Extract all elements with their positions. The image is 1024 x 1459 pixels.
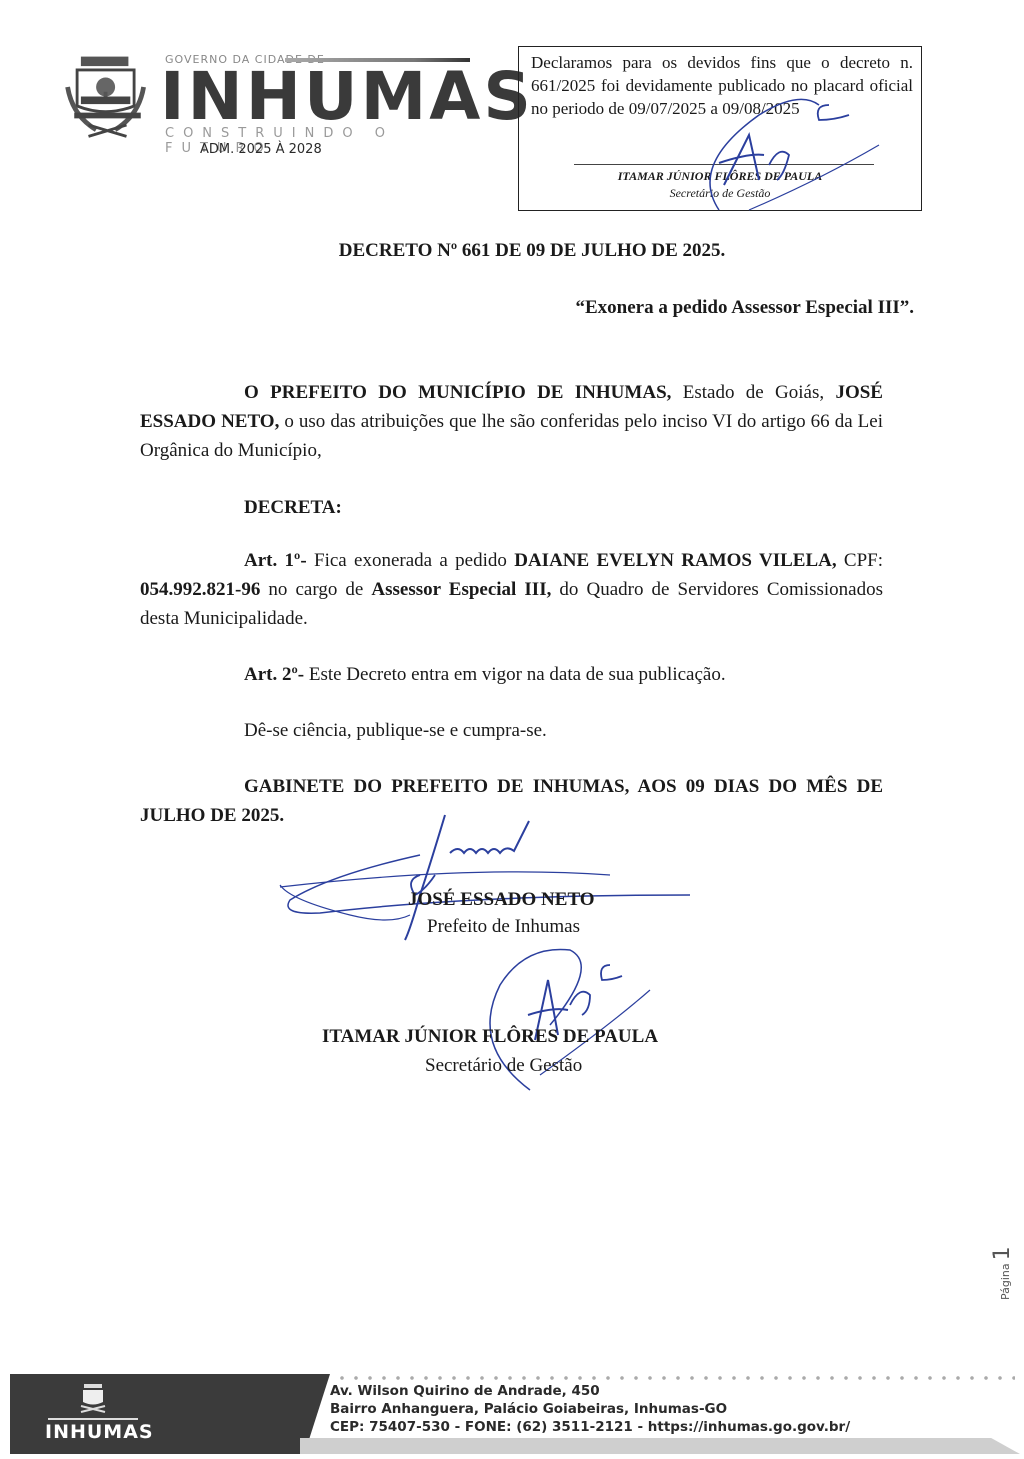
decree-title: DECRETO Nº 661 DE 09 DE JULHO DE 2025. [0, 240, 1024, 262]
secretary-role: Secretário de Gestão [425, 1055, 582, 1077]
city-logo: GOVERNO DA CIDADE DE INHUMAS CONSTRUINDO… [60, 44, 470, 164]
article-1-cpf: 054.992.821-96 [140, 579, 260, 600]
stamp-signature-line [574, 164, 874, 165]
mayor-role: Prefeito de Inhumas [427, 916, 580, 938]
article-1-person: DAIANE EVELYN RAMOS VILELA, [514, 550, 836, 571]
article-1-position: Assessor Especial III, [371, 579, 551, 600]
stamp-signer-role: Secretário de Gestão [519, 186, 921, 201]
footer-gov-bar [48, 1418, 138, 1420]
footer-contact: CEP: 75407-530 - FONE: (62) 3511-2121 - … [330, 1418, 850, 1436]
mayor-name: JOSÉ ESSADO NETO [408, 889, 595, 911]
preamble-paragraph: O PREFEITO DO MUNICÍPIO DE INHUMAS, Esta… [140, 378, 883, 465]
footer-dots-divider [335, 1375, 1015, 1381]
article-1-text-1: Fica exonerada a pedido [307, 550, 515, 571]
footer-address-line-1: Av. Wilson Quirino de Andrade, 450 [330, 1382, 850, 1400]
page-label: Página [999, 1263, 1012, 1300]
page-number: Página1 [990, 1246, 1015, 1300]
decree-ementa: “Exonera a pedido Assessor Especial III”… [575, 297, 914, 319]
footer-coat-of-arms-icon [78, 1382, 108, 1414]
secretary-name: ITAMAR JÚNIOR FLÔRES DE PAULA [322, 1026, 658, 1048]
footer-brand: INHUMAS [45, 1421, 154, 1443]
footer-address-line-2: Bairro Anhanguera, Palácio Goiabeiras, I… [330, 1400, 850, 1418]
article-1-text-3: no cargo de [260, 579, 371, 600]
brand-name: INHUMAS [160, 64, 534, 130]
article-2-label: Art. 2º- [244, 664, 304, 685]
preamble-authority: O PREFEITO DO MUNICÍPIO DE INHUMAS, [244, 382, 671, 403]
footer-address: Av. Wilson Quirino de Andrade, 450 Bairr… [330, 1382, 850, 1436]
article-1-label: Art. 1º- [244, 550, 307, 571]
stamp-signer-name: ITAMAR JÚNIOR FLÔRES DE PAULA [519, 169, 921, 184]
article-2-text: Este Decreto entra em vigor na data de s… [304, 664, 726, 685]
footer-logo-panel: INHUMAS [10, 1374, 330, 1454]
article-1-text-2: CPF: [837, 550, 883, 571]
footer-strip [300, 1438, 1020, 1454]
publication-stamp: Declaramos para os devidos fins que o de… [518, 46, 922, 211]
footer: INHUMAS Av. Wilson Quirino de Andrade, 4… [0, 1372, 1024, 1459]
stamp-text: Declaramos para os devidos fins que o de… [531, 51, 913, 120]
administration-period: ADM. 2025 À 2028 [200, 142, 322, 157]
article-2: Art. 2º- Este Decreto entra em vigor na … [140, 660, 883, 689]
preamble-text-1: Estado de Goiás, [671, 382, 835, 403]
article-1: Art. 1º- Fica exonerada a pedido DAIANE … [140, 546, 883, 633]
coat-of-arms-icon [60, 49, 155, 144]
place-date: GABINETE DO PREFEITO DE INHUMAS, AOS 09 … [140, 772, 883, 830]
closing-formula: Dê-se ciência, publique-se e cumpra-se. [140, 716, 883, 745]
decreta-heading: DECRETA: [140, 493, 883, 522]
page-number-value: 1 [990, 1246, 1015, 1260]
